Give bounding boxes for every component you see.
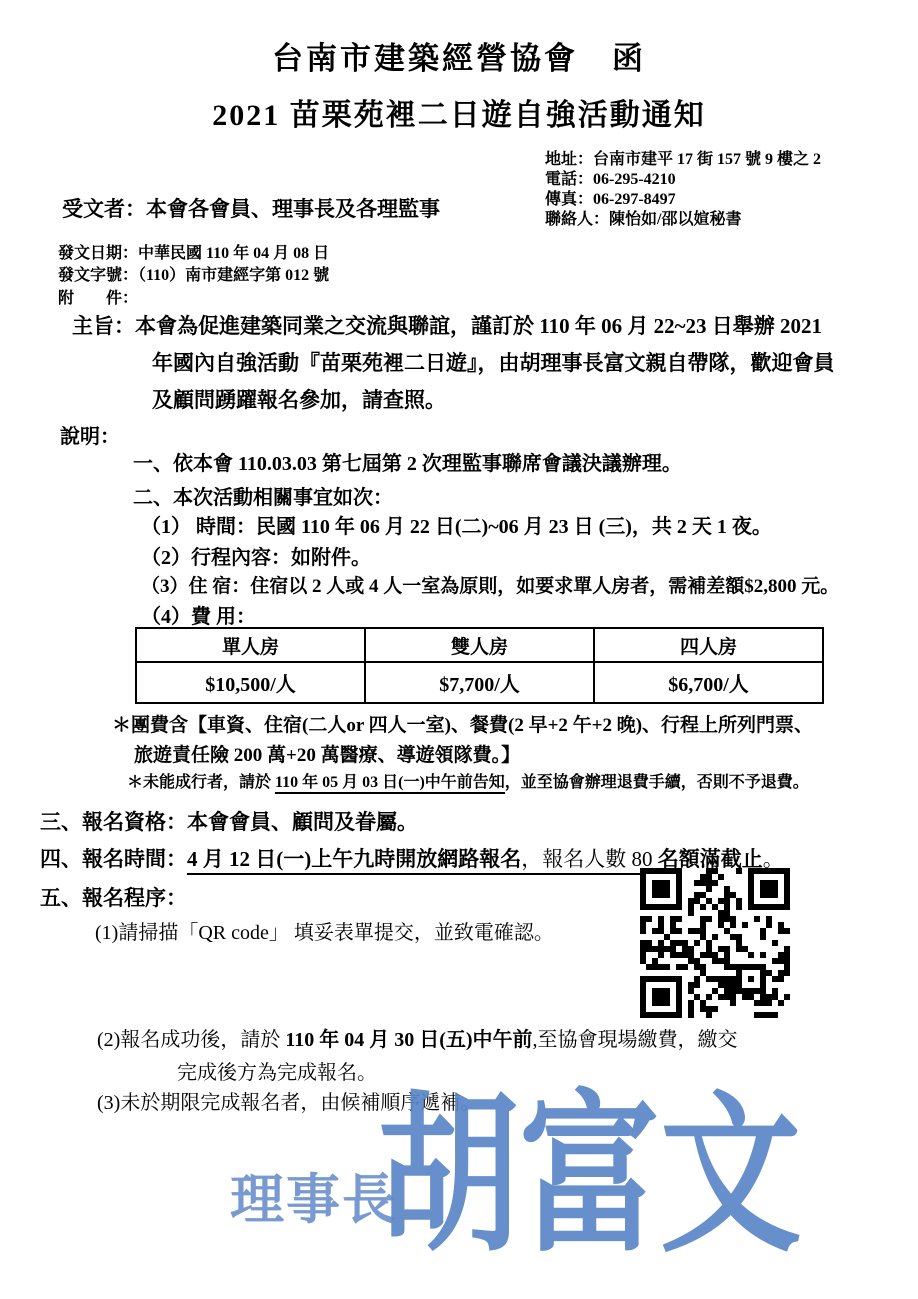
doc-subtitle: 2021 苗栗苑裡二日遊自強活動通知: [0, 90, 918, 134]
item-4-label: 四、報名時間：: [40, 847, 187, 871]
item-5-procedure: 五、報名程序：: [40, 882, 187, 912]
item-4-bold-1: 4 月 12 日(一)上午九時開放網路報名: [187, 847, 521, 871]
contact-address: 地址：台南市建平 17 街 157 號 9 樓之 2: [545, 150, 821, 170]
explain-sub-2: （2）行程內容：如附件。: [141, 541, 371, 570]
subject-text-1: 本會為促進建築同業之交流與聯誼，謹訂於 110 年 06 月 22~23 日舉辦…: [135, 314, 822, 338]
subject-line-1: 主旨：本會為促進建築同業之交流與聯誼，謹訂於 110 年 06 月 22~23 …: [72, 310, 822, 340]
contact-person: 聯絡人：陳怡如/邵以媗秘書: [545, 210, 821, 230]
explain-sub-3: （3）住 宿：住宿以 2 人或 4 人一室為原則，如要求單人房者，需補差額$2,…: [141, 571, 839, 598]
price-table-header-row: 單人房 雙人房 四人房: [136, 628, 823, 662]
qr-code: [640, 868, 790, 1018]
contact-fax: 傳真：06-297-8497: [545, 190, 821, 210]
price-header-double: 雙人房: [365, 628, 594, 662]
step-2-deadline: 110 年 04 月 30 日(五)中午前: [285, 1029, 532, 1051]
price-header-single: 單人房: [136, 628, 365, 662]
price-header-quad: 四人房: [594, 628, 823, 662]
price-value-double: $7,700/人: [365, 662, 594, 703]
fee-note-line-2: 旅遊責任險 200 萬+20 萬醫療、導遊領隊費。】: [134, 740, 520, 767]
doc-title: 台南市建築經營協會 函: [0, 33, 918, 78]
subject-line-3: 及顧問踴躍報名參加，請查照。: [152, 384, 446, 414]
procedure-step-2: (2)報名成功後，請於 110 年 04 月 30 日(五)中午前,至協會現場繳…: [97, 1023, 738, 1052]
step-2-pre: (2)報名成功後，請於: [97, 1029, 285, 1051]
item-4-mid: ，報名人數 80: [521, 847, 658, 871]
subject-label: 主旨：: [72, 314, 135, 338]
attachment-line: 附 件：: [58, 285, 138, 308]
explain-label: 說明：: [60, 420, 120, 449]
doc-number-line: 發文字號：（110）南市建經字第 012 號: [58, 262, 329, 285]
price-table: 單人房 雙人房 四人房 $10,500/人 $7,700/人 $6,700/人: [135, 627, 824, 704]
explain-item-1: 一、依本會 110.03.03 第七屆第 2 次理監事聯席會議決議辦理。: [133, 447, 682, 476]
price-value-quad: $6,700/人: [594, 662, 823, 703]
issue-date-line: 發文日期：中華民國 110 年 04 月 08 日: [58, 240, 329, 263]
item-3-qualification: 三、報名資格：本會會員、顧問及眷屬。: [40, 806, 418, 836]
stamp-title: 理事長: [230, 1157, 398, 1234]
price-value-single: $10,500/人: [136, 662, 365, 703]
subject-line-2: 年國內自強活動『苗栗苑裡二日遊』，由胡理事長富文親自帶隊，歡迎會員: [152, 347, 835, 377]
step-2-post: ,至協會現場繳費，繳交: [533, 1029, 738, 1051]
explain-item-2: 二、本次活動相關事宜如次：: [133, 481, 393, 510]
price-table-value-row: $10,500/人 $7,700/人 $6,700/人: [136, 662, 823, 703]
refund-note-underline: 110 年 05 月 03 日(一)中午前告知: [275, 774, 505, 794]
refund-note-pre: ＊未能成行者，請於: [127, 774, 275, 791]
contact-phone: 電話：06-295-4210: [545, 170, 821, 190]
procedure-step-2-line-2: 完成後方為完成報名。: [177, 1056, 377, 1085]
explain-sub-4: （4）費 用：: [141, 600, 256, 629]
stamp-name: 胡富文: [378, 1080, 801, 1278]
refund-note: ＊未能成行者，請於 110 年 05 月 03 日(一)中午前告知，並至協會辦理…: [127, 769, 809, 792]
explain-sub-1: （1） 時間：民國 110 年 06 月 22 日(二)~06 月 23 日 (…: [141, 510, 772, 539]
recipient-line: 受文者：本會各會員、理事長及各理監事: [62, 193, 440, 223]
fee-note-line-1: ＊團費含【車資、住宿(二人or 四人一室)、餐費(2 早+2 午+2 晚)、行程…: [112, 710, 813, 737]
procedure-step-1: (1)請掃描「QR code」 填妥表單提交，並致電確認。: [95, 916, 554, 945]
contact-block: 地址：台南市建平 17 街 157 號 9 樓之 2 電話：06-295-421…: [545, 150, 821, 230]
refund-note-post: ，並至協會辦理退費手續，否則不予退費。: [505, 774, 809, 791]
